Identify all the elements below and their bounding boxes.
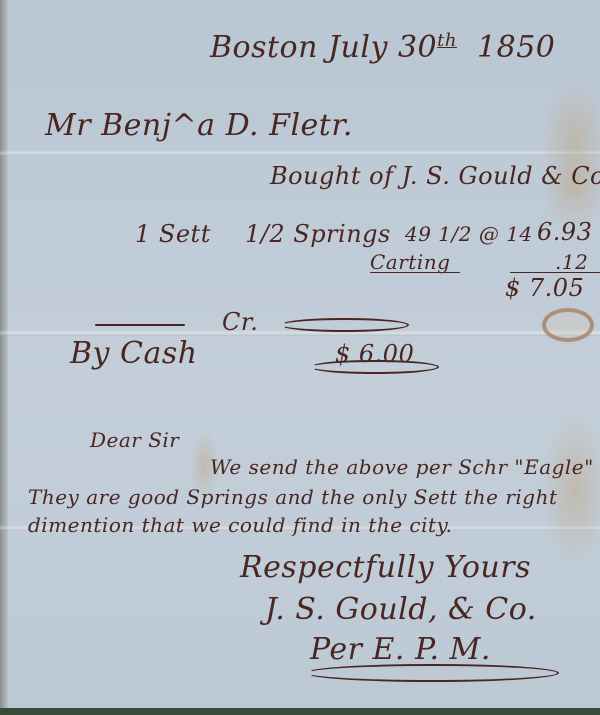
day-suffix: th [437, 30, 457, 51]
underline [370, 272, 460, 273]
total-rule [510, 272, 600, 273]
letter-line-3: dimention that we could find in the city… [28, 513, 453, 537]
signature-per: Per E. P. M. [310, 632, 491, 667]
fold-line [0, 150, 600, 156]
place: Boston [210, 30, 318, 65]
credit-rule-left [95, 324, 185, 326]
letter-line-2: They are good Springs and the only Sett … [28, 485, 558, 509]
closing: Respectfully Yours [240, 550, 531, 585]
addressee: Mr Benj^a D. Fletr. [45, 108, 353, 143]
carting-amount: .12 [555, 250, 588, 274]
day: 30 [398, 30, 437, 65]
credit-entry: By Cash [70, 336, 198, 371]
item-description: 1/2 Springs [245, 220, 391, 248]
total-amount: $ 7.05 [505, 274, 584, 302]
wax-seal-stain [542, 308, 594, 342]
credit-flourish [280, 318, 409, 332]
letter-paper: Boston July 30th 1850 Mr Benj^a D. Fletr… [0, 0, 600, 708]
carting-label: Carting [370, 250, 450, 274]
item-qty: 1 Sett [135, 220, 211, 248]
credit-label: Cr. [222, 308, 258, 336]
year: 1850 [477, 30, 555, 65]
amount-flourish [310, 360, 439, 374]
paper-edge [0, 0, 8, 708]
letter-line-1: We send the above per Schr "Eagle" [210, 455, 594, 479]
bought-of: Bought of J. S. Gould & Co. [270, 162, 600, 190]
signature-flourish [305, 664, 559, 682]
item-amount: 6.93 [537, 218, 592, 246]
date-line: Boston July 30th 1850 [210, 30, 555, 65]
signature-firm: J. S. Gould, & Co. [265, 592, 537, 627]
salutation: Dear Sir [90, 428, 179, 452]
month: July [328, 30, 388, 65]
item-rate: 49 1/2 @ 14 [405, 222, 533, 246]
